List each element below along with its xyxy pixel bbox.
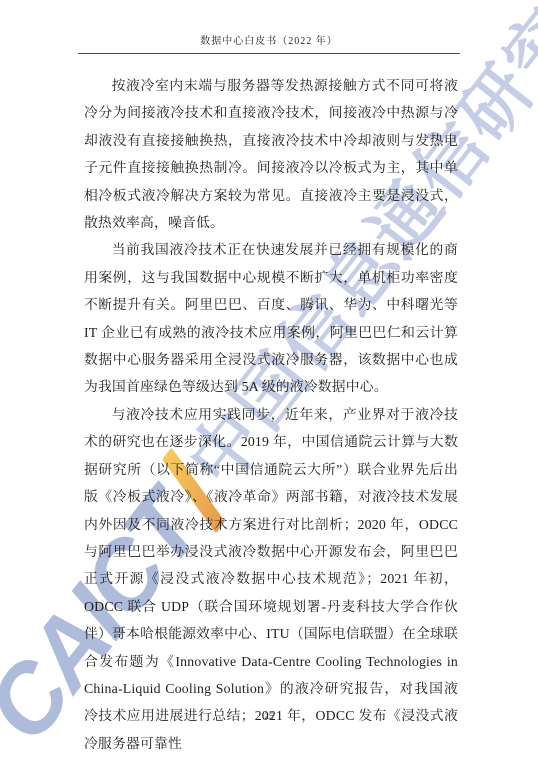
page-number: 25 <box>0 712 538 722</box>
body-text: 按液冷室内末端与服务器等发热源接触方式不同可将液冷分为间接液冷技术和直接液冷技术… <box>84 72 458 757</box>
paragraph-liquid-cooling-types: 按液冷室内末端与服务器等发热源接触方式不同可将液冷分为间接液冷技术和直接液冷技术… <box>84 72 458 236</box>
paragraph-commercial-cases: 当前我国液冷技术正在快速发展并已经拥有规模化的商用案例，这与我国数据中心规模不断… <box>84 236 458 400</box>
paragraph-research-progress: 与液冷技术应用实践同步，近年来，产业界对于液冷技术的研究也在逐步深化。2019 … <box>84 401 458 757</box>
page-header-title: 数据中心白皮书（2022 年） <box>78 32 460 54</box>
document-page: CAICT 中国信息通信研究院 数据中心白皮书（2022 年） 按液冷室内末端与… <box>0 0 538 760</box>
